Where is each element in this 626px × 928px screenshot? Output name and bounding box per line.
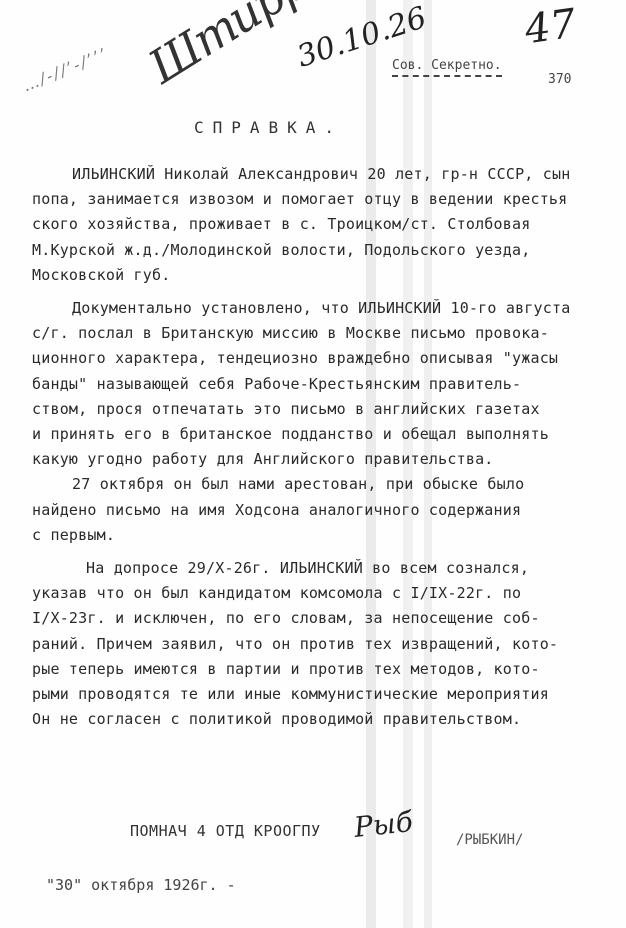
secrecy-stamp: Сов. Секретно. (392, 58, 502, 77)
text-line: ционного характера, тендециозно враждебн… (32, 346, 626, 371)
handwritten-signature: Рыб (352, 805, 414, 844)
text-line: I/X-23г. и исключен, по его словам, за н… (32, 606, 626, 631)
text-line: рыми проводятся те или иные коммунистиче… (32, 682, 626, 707)
document-date: "30" октября 1926г. - (46, 876, 236, 894)
handwritten-page-number: 47 (522, 1, 579, 54)
text-line: ством, прося отпечатать это письмо в анг… (32, 397, 626, 422)
text-line: указав что он был кандидатом комсомола с… (32, 581, 626, 606)
document-page: …/-//’-/’’’ Штиррле 30.10.26 47 Сов. Сек… (0, 0, 626, 928)
text-line: На допросе 29/X-26г. ИЛЬИНСКИЙ во всем с… (32, 556, 626, 581)
handwritten-note: …/-//’-/’’’ (20, 44, 111, 96)
text-line: какую угодно работу для Английского прав… (32, 447, 626, 472)
paragraph-arrest: 27 октября он был нами арестован, при об… (32, 472, 626, 548)
text-line: найдено письмо на имя Ходсона аналогично… (32, 498, 626, 523)
document-body: ИЛЬИНСКИЙ Николай Александрович 20 лет, … (32, 162, 626, 732)
text-line: Документально установлено, что ИЛЬИНСКИЙ… (32, 296, 626, 321)
document-title: СПРАВКА. (194, 118, 343, 137)
text-line: и принять его в британское подданство и … (32, 422, 626, 447)
text-line: 27 октября он был нами арестован, при об… (32, 472, 626, 497)
document-number: 370 (548, 72, 571, 87)
text-line: рые теперь имеются в партии и против тех… (32, 657, 626, 682)
signatory-name: /РЫБКИН/ (456, 832, 523, 848)
text-line: ского хозяйства, проживает в с. Троицком… (32, 212, 626, 237)
paragraph-identity: ИЛЬИНСКИЙ Николай Александрович 20 лет, … (32, 162, 626, 288)
text-line: Он не согласен с политикой проводимой пр… (32, 707, 626, 732)
text-line: ИЛЬИНСКИЙ Николай Александрович 20 лет, … (32, 162, 626, 187)
text-line: с первым. (32, 523, 626, 548)
text-line: попа, занимается извозом и помогает отцу… (32, 187, 626, 212)
text-line: с/г. послал в Британскую миссию в Москве… (32, 321, 626, 346)
text-line: банды" называющей себя Рабоче-Крестьянск… (32, 372, 626, 397)
paragraph-interrogation: На допросе 29/X-26г. ИЛЬИНСКИЙ во всем с… (32, 556, 626, 732)
paragraph-letter: Документально установлено, что ИЛЬИНСКИЙ… (32, 296, 626, 472)
signatory-position: ПОМНАЧ 4 ОТД КРООГПУ (130, 822, 321, 840)
text-line: раний. Причем заявил, что он против тех … (32, 632, 626, 657)
text-line: М.Курской ж.д./Молодинской волости, Подо… (32, 238, 626, 263)
text-line: Московской губ. (32, 263, 626, 288)
